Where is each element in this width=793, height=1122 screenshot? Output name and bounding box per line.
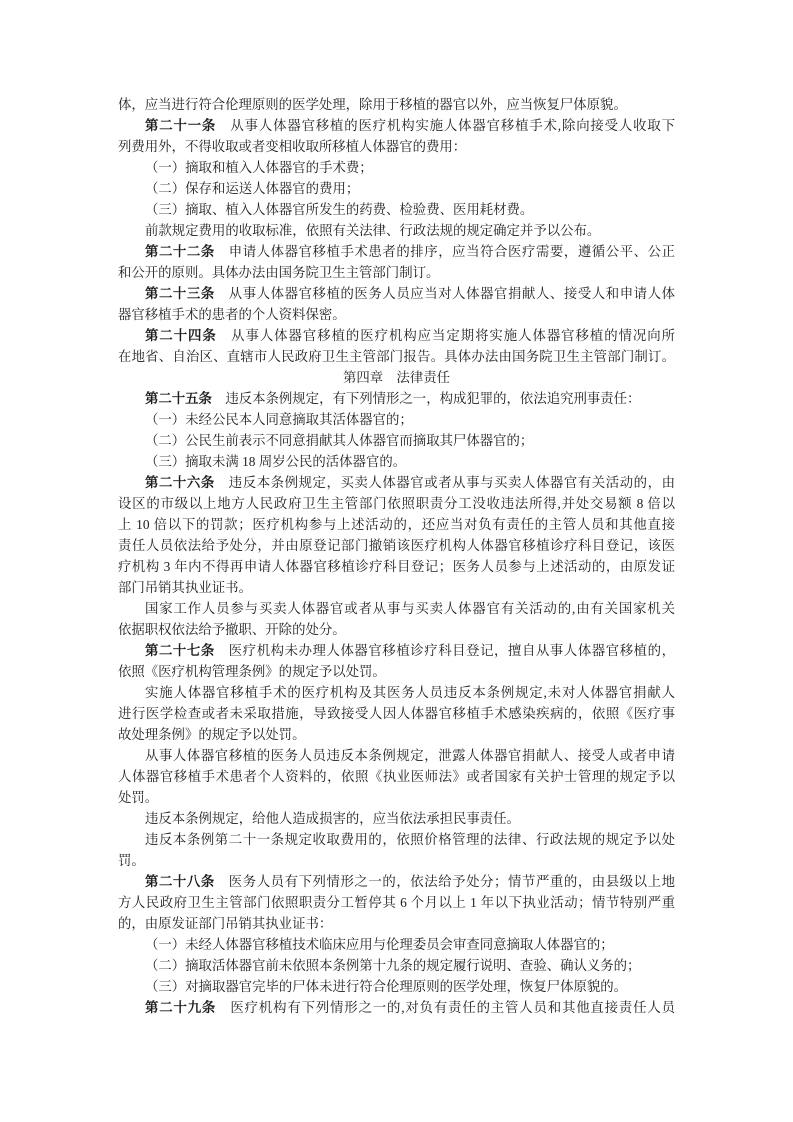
text-line: 前款规定费用的收取标准，依照有关法律、行政法规的规定确定并予以公布。 (118, 220, 675, 241)
text-line: 依据职权依法给予撤职、开除的处分。 (118, 619, 675, 640)
chapter-heading: 第四章 法律责任 (118, 367, 675, 388)
text-line: 疗机构 3 年内不得再申请人体器官移植诊疗科目登记；医务人员参与上述活动的，由原… (118, 556, 675, 577)
text-line: （一）未经人体器官移植技术临床应用与伦理委员会审查同意摘取人体器官的； (118, 934, 675, 955)
text-line: 第二十二条 申请人体器官移植手术患者的排序，应当符合医疗需要，遵循公平、公正 (118, 241, 675, 262)
text-line: （二）公民生前表示不同意捐献其人体器官而摘取其尸体器官的； (118, 430, 675, 451)
article-number: 第二十七条 (145, 643, 215, 658)
text-line: 故处理条例》的规定予以处罚。 (118, 724, 675, 745)
text-line: 依照《医疗机构管理条例》的规定予以处罚。 (118, 661, 675, 682)
article-number: 第二十六条 (145, 475, 215, 490)
text-line: 第二十六条 违反本条例规定，买卖人体器官或者从事与买卖人体器官有关活动的，由 (118, 472, 675, 493)
article-number: 第二十一条 (145, 118, 216, 133)
text-line: 器官移植手术的患者的个人资料保密。 (118, 304, 675, 325)
text-line: （一）摘取和植入人体器官的手术费； (118, 157, 675, 178)
text-line: 第二十三条 从事人体器官移植的医务人员应当对人体器官捐献人、接受人和申请人体 (118, 283, 675, 304)
article-number: 第二十二条 (145, 244, 215, 259)
article-number: 第二十三条 (145, 286, 215, 301)
document-page: 体，应当进行符合伦理原则的医学处理，除用于移植的器官以外，应当恢复尸体原貌。第二… (0, 0, 793, 1122)
text-line: 进行医学检查或者未采取措施，导致接受人因人体器官移植手术感染疾病的，依照《医疗事 (118, 703, 675, 724)
text-line: （三）对摘取器官完毕的尸体未进行符合伦理原则的医学处理，恢复尸体原貌的。 (118, 976, 675, 997)
text-line: 第二十一条 从事人体器官移植的医疗机构实施人体器官移植手术,除向接受人收取下 (118, 115, 675, 136)
text-line: 和公开的原则。具体办法由国务院卫生主管部门制订。 (118, 262, 675, 283)
text-line: 第二十七条 医疗机构未办理人体器官移植诊疗科目登记，擅自从事人体器官移植的， (118, 640, 675, 661)
text-line: 人体器官移植手术患者个人资料的，依照《执业医师法》或者国家有关护士管理的规定予以 (118, 766, 675, 787)
text-line: 第二十八条 医务人员有下列情形之一的，依法给予处分；情节严重的，由县级以上地 (118, 871, 675, 892)
text-line: （二）保存和运送人体器官的费用； (118, 178, 675, 199)
text-line: 国家工作人员参与买卖人体器官或者从事与买卖人体器官有关活动的,由有关国家机关 (118, 598, 675, 619)
text-line: 第二十五条 违反本条例规定，有下列情形之一，构成犯罪的，依法追究刑事责任： (118, 388, 675, 409)
text-line: 处罚。 (118, 787, 675, 808)
text-line: （二）摘取活体器官前未依照本条例第十九条的规定履行说明、查验、确认义务的； (118, 955, 675, 976)
text-line: 罚。 (118, 850, 675, 871)
article-number: 第二十九条 (145, 1000, 216, 1015)
text-line: （三）摘取、植入人体器官所发生的药费、检验费、医用耗材费。 (118, 199, 675, 220)
text-line: 方人民政府卫生主管部门依照职责分工暂停其 6 个月以上 1 年以下执业活动；情节… (118, 892, 675, 913)
text-line: 第二十四条 从事人体器官移植的医疗机构应当定期将实施人体器官移植的情况向所 (118, 325, 675, 346)
text-line: 设区的市级以上地方人民政府卫生主管部门依照职责分工没收违法所得,并处交易额 8 … (118, 493, 675, 514)
text-line: 上 10 倍以下的罚款；医疗机构参与上述活动的，还应当对负有责任的主管人员和其他… (118, 514, 675, 535)
text-line: （一）未经公民本人同意摘取其活体器官的； (118, 409, 675, 430)
text-line: 的，由原发证部门吊销其执业证书： (118, 913, 675, 934)
article-number: 第二十五条 (145, 391, 212, 406)
text-line: 在地省、自治区、直辖市人民政府卫生主管部门报告。具体办法由国务院卫生主管部门制订… (118, 346, 675, 367)
text-line: 违反本条例规定，给他人造成损害的，应当依法承担民事责任。 (118, 808, 675, 829)
text-line: 列费用外，不得收取或者变相收取所移植人体器官的费用： (118, 136, 675, 157)
text-line: 体，应当进行符合伦理原则的医学处理，除用于移植的器官以外，应当恢复尸体原貌。 (118, 94, 675, 115)
text-line: 从事人体器官移植的医务人员违反本条例规定，泄露人体器官捐献人、接受人或者申请 (118, 745, 675, 766)
article-number: 第二十八条 (145, 874, 215, 889)
text-line: （三）摘取未满 18 周岁公民的活体器官的。 (118, 451, 675, 472)
article-number: 第二十四条 (145, 328, 217, 343)
text-line: 违反本条例第二十一条规定收取费用的，依照价格管理的法律、行政法规的规定予以处 (118, 829, 675, 850)
text-line: 实施人体器官移植手术的医疗机构及其医务人员违反本条例规定,未对人体器官捐献人 (118, 682, 675, 703)
text-line: 责任人员依法给予处分，并由原登记部门撤销该医疗机构人体器官移植诊疗科目登记，该医 (118, 535, 675, 556)
text-line: 部门吊销其执业证书。 (118, 577, 675, 598)
text-line: 第二十九条 医疗机构有下列情形之一的,对负有责任的主管人员和其他直接责任人员 (118, 997, 675, 1018)
